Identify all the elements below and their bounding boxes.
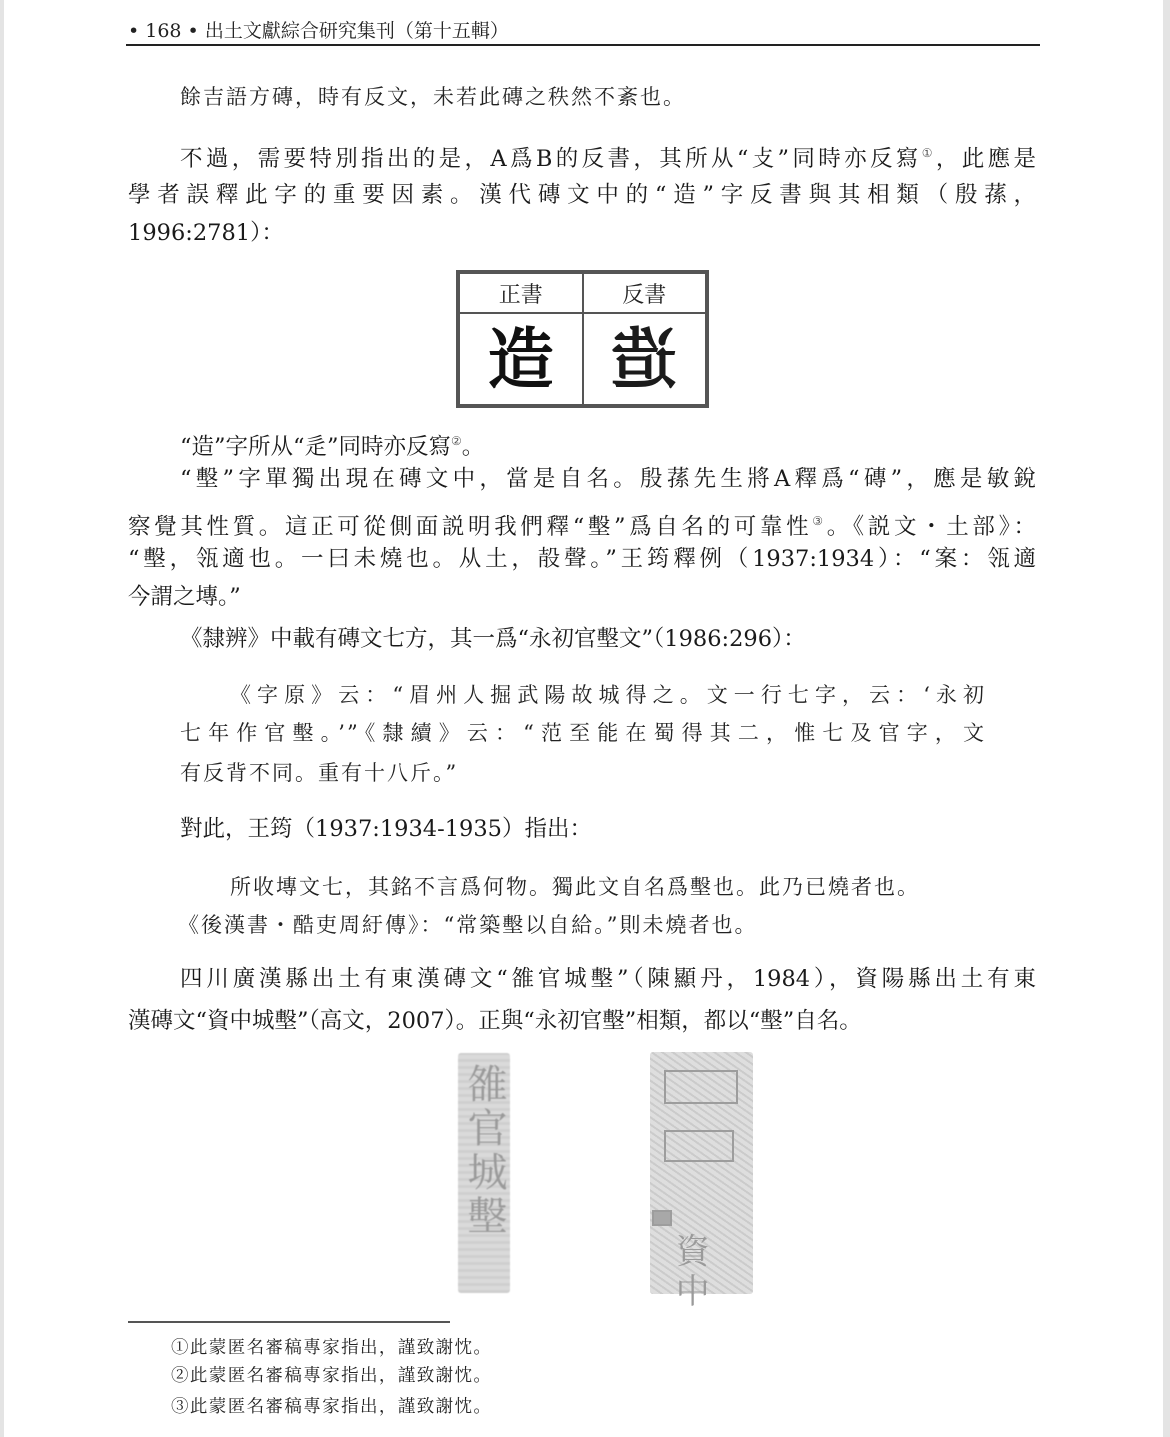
footnote-ref-2[interactable]: ② [451,434,462,448]
paragraph-4-line-1: 《隸辨》中載有磚文七方，其一爲“永初官墼文”（1986:296）： [180,624,806,654]
brick-rubbing-luo-guan-cheng-ji-image: 雒官城墼 [458,1053,510,1293]
text: 察覺其性質。這正可從側面説明我們釋“墼”爲自名的可靠性 [128,514,812,540]
rubbing-frame [664,1130,734,1162]
zao-glyph-reversed-image: 造 [611,314,677,404]
paragraph-6-line-2: 漢磚文“資中城墼”（高文，2007）。正與“永初官墼”相類，都以“墼”自名。 [128,1006,862,1036]
page-edge-right [1163,0,1170,1437]
paragraph-5-line-1: 對此，王筠（1937:1934-1935）指出： [180,814,592,844]
glyph-cell-reversed: 造 [583,313,707,405]
footnote-2: ②此蒙匿名審稿專家指出，謹致謝忱。 [171,1364,492,1388]
text: 不過，需要特別指出的是，A爲B的反書，其所从“攴”同時亦反寫 [180,146,922,172]
paragraph-3-line-3: “墼，瓴適也。一曰未燒也。从土，㱿聲。”王筠釋例（1937:1934）：“案：瓴… [128,544,1036,574]
table-header-normal: 正書 [459,273,583,313]
rubbing-frame [664,1070,738,1104]
paragraph-1-line-1: 不過，需要特別指出的是，A爲B的反書，其所从“攴”同時亦反寫①，此應是 [180,138,1036,174]
blockquote-2-line-2: 《後漢書・酷吏周紆傳》：“常築墼以自給。”則未燒者也。 [178,910,757,940]
table-header-reversed: 反書 [583,273,707,313]
brick-rubbing-zi-zhong-cheng-ji-image: 資中 [650,1052,753,1294]
text: 。 [462,434,485,460]
footnote-3: ③此蒙匿名審稿專家指出，謹致謝忱。 [171,1395,492,1419]
blockquote-1-line-3: 有反背不同。重有十八斤。” [180,758,458,788]
blockquote-1-line-1: 《字原》云：“眉州人掘武陽故城得之。文一行七字，云：‘永初 [230,680,986,710]
glyph-cell-normal: 造 [459,313,583,405]
blockquote-1-line-2: 七年作官墼。’”《隸續》云：“范至能在蜀得其二，惟七及官字，文 [180,718,986,748]
rubbing-inscription: 雒官城墼 [460,1063,508,1239]
paragraph-1-line-2: 學者誤釋此字的重要因素。漢代磚文中的“造”字反書與其相類（殷蓀， [128,180,1036,210]
figure-table-zao: 正書 反書 造 造 [456,270,709,408]
footnote-ref-3[interactable]: ③ [812,514,826,528]
page-edge-left [0,0,4,1437]
paragraph-6-line-1: 四川廣漢縣出土有東漢磚文“雒官城墼”（陳顯丹，1984），資陽縣出土有東 [180,964,1036,994]
text: ，此應是 [936,146,1036,172]
page-number: 168 [145,20,181,42]
rubbing-mark [652,1210,672,1226]
footnote-rule [128,1321,450,1323]
paragraph-2-line-1: “造”字所从“辵”同時亦反寫②。 [180,426,484,462]
running-header: • 168 • 出土文獻綜合研究集刊（第十五輯） [128,18,1040,46]
paragraph-3-line-1: “墼”字單獨出現在磚文中，當是自名。殷蓀先生將A釋爲“磚”，應是敏銳 [180,464,1036,494]
paragraph-1-line-3: 1996:2781）： [128,218,284,248]
header-rule [126,44,1040,46]
text: 。《説文・土部》： [827,514,1036,540]
footnote-1: ①此蒙匿名審稿專家指出，謹致謝忱。 [171,1336,492,1360]
footnote-ref-1[interactable]: ① [922,146,936,160]
paragraph-3-line-2: 察覺其性質。這正可從側面説明我們釋“墼”爲自名的可靠性③。《説文・土部》： [128,506,1036,542]
blockquote-2-line-1: 所收塼文七，其銘不言爲何物。獨此文自名爲墼也。此乃已燒者也。 [230,872,920,902]
bullet: • [128,20,145,42]
zao-glyph-normal-image: 造 [488,320,554,398]
text: “造”字所从“辵”同時亦反寫 [180,434,451,460]
journal-title: 出土文獻綜合研究集刊（第十五輯） [205,20,509,42]
bullet: • [182,20,205,42]
quote-intro: 餘吉語方磚，時有反文，未若此磚之秩然不紊也。 [180,82,686,112]
paragraph-3-line-4: 今謂之塼。” [128,582,241,612]
rubbing-inscription: 資中 [676,1232,728,1312]
